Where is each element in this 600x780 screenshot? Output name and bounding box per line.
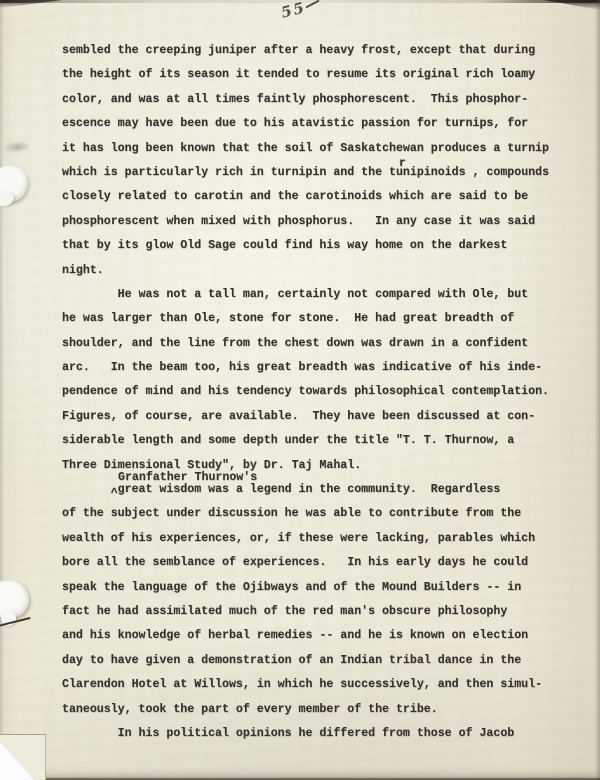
text-line: phosphorescent when mixed with phosphoru… <box>62 210 572 234</box>
text-line: of the subject under discussion he was a… <box>62 502 572 526</box>
page-edge-left <box>0 0 4 780</box>
line-text: it has long been known that the soil of … <box>62 142 549 155</box>
text-line: speak the language of the Ojibways and o… <box>62 576 572 600</box>
text-line: day to have given a demonstration of an … <box>62 649 572 673</box>
text-line: color, and was at all times faintly phos… <box>62 88 572 112</box>
line-text: bore all the semblance of experiences. I… <box>62 556 528 569</box>
line-text: Figures, of course, are available. They … <box>62 410 535 423</box>
line-text: night. <box>62 264 104 277</box>
text-block: sembled the creeping juniper after a hea… <box>62 39 572 746</box>
text-line: which is particularly rich in turnipin a… <box>62 161 572 185</box>
text-line: the height of its season it tended to re… <box>62 63 572 87</box>
text-line: sembled the creeping juniper after a hea… <box>62 39 572 63</box>
text-line: it has long been known that the soil of … <box>62 137 572 161</box>
line-text: shoulder, and the line from the chest do… <box>62 337 528 350</box>
line-text: the height of its season it tended to re… <box>62 68 535 81</box>
line-text: great wisdom was a legend in the communi… <box>118 483 501 496</box>
line-text: day to have given a demonstration of an … <box>62 654 521 667</box>
line-text: he was larger than Ole, stone for stone.… <box>62 312 514 325</box>
line-text: Granfather Thurnow's <box>118 471 257 484</box>
text-line: In his political opinions he differed fr… <box>62 722 572 746</box>
text-line: taneously, took the part of every member… <box>62 698 572 722</box>
text-line: night. <box>62 259 572 283</box>
line-text: of the subject under discussion he was a… <box>62 507 521 520</box>
indent-spaces <box>62 483 111 496</box>
line-text: Clarendon Hotel at Willows, in which he … <box>62 678 542 691</box>
line-text: In his political opinions he differed fr… <box>62 727 514 740</box>
line-text: closely related to carotin and the carot… <box>62 190 528 203</box>
text-line: Clarendon Hotel at Willows, in which he … <box>62 673 572 697</box>
text-line: he was larger than Ole, stone for stone.… <box>62 307 572 331</box>
line-text: that by its glow Old Sage could find his… <box>62 239 507 252</box>
line-text: fact he had assimilated much of the red … <box>62 605 507 618</box>
page-edge-right <box>595 0 600 780</box>
text-line: wealth of his experiences, or, if these … <box>62 527 572 551</box>
line-text-continued: nipinoids , compounds <box>403 166 549 179</box>
text-line: closely related to carotin and the carot… <box>62 185 572 209</box>
text-line: fact he had assimilated much of the red … <box>62 600 572 624</box>
caret-insertion-mark: ^ <box>111 487 118 500</box>
line-text: wealth of his experiences, or, if these … <box>62 532 535 545</box>
text-line: He was not a tall man, certainly not com… <box>62 283 572 307</box>
line-text: phosphorescent when mixed with phosphoru… <box>62 215 535 228</box>
line-text: escence may have been due to his atavist… <box>62 117 528 130</box>
text-line: arc. In the beam too, his great breadth … <box>62 356 572 380</box>
text-line: pendence of mind and his tendency toward… <box>62 380 572 404</box>
line-text: siderable length and some depth under th… <box>62 434 514 447</box>
line-text: taneously, took the part of every member… <box>62 703 438 716</box>
text-line: Figures, of course, are available. They … <box>62 405 572 429</box>
text-line: bore all the semblance of experiences. I… <box>62 551 572 575</box>
line-text: He was not a tall man, certainly not com… <box>62 288 528 301</box>
ink-smudge <box>3 140 32 154</box>
line-text: color, and was at all times faintly phos… <box>62 93 528 106</box>
text-line: escence may have been due to his atavist… <box>62 112 572 136</box>
line-text: arc. In the beam too, his great breadth … <box>62 361 542 374</box>
text-line: that by its glow Old Sage could find his… <box>62 234 572 258</box>
manuscript-page: 55 sembled the creeping juniper after a … <box>0 0 600 780</box>
line-text: sembled the creeping juniper after a hea… <box>62 44 535 57</box>
line-text: speak the language of the Ojibways and o… <box>62 581 521 594</box>
line-text: which is particularly rich in turnipin a… <box>62 166 403 179</box>
text-line: shoulder, and the line from the chest do… <box>62 332 572 356</box>
line-text: pendence of mind and his tendency toward… <box>62 385 549 398</box>
text-line: siderable length and some depth under th… <box>62 429 572 453</box>
line-text: and his knowledge of herbal remedies -- … <box>62 629 528 642</box>
text-line: and his knowledge of herbal remedies -- … <box>62 624 572 648</box>
